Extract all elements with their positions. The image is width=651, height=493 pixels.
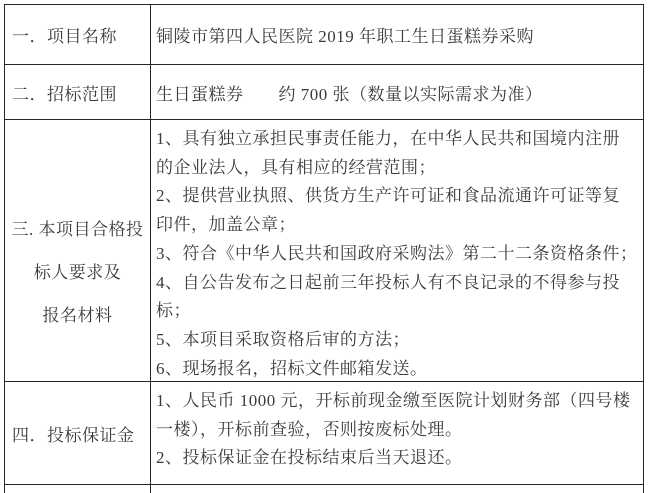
table-row-truncated xyxy=(5,485,643,493)
row-content-bid-deposit: 1、人民币 1000 元，开标前现金缴至医院计划财务部（四号楼 一楼），开标前查… xyxy=(151,382,643,484)
procurement-notice-table: 一．项目名称 铜陵市第四人民医院 2019 年职工生日蛋糕券采购 二．招标范围 … xyxy=(4,4,644,493)
table-row-tender-scope: 二．招标范围 生日蛋糕券 约 700 张（数量以实际需求为准） xyxy=(5,65,643,120)
row-label-truncated xyxy=(5,485,151,493)
row-content-bidder-requirements: 1、具有独立承担民事责任能力，在中华人民共和国境内注册 的企业法人，具有相应的经… xyxy=(151,120,643,381)
table-row-project-name: 一．项目名称 铜陵市第四人民医院 2019 年职工生日蛋糕券采购 xyxy=(5,5,643,65)
row-content-project-name: 铜陵市第四人民医院 2019 年职工生日蛋糕券采购 xyxy=(151,5,643,64)
row-content-tender-scope: 生日蛋糕券 约 700 张（数量以实际需求为准） xyxy=(151,65,643,119)
table-row-bid-deposit: 四．投标保证金 1、人民币 1000 元，开标前现金缴至医院计划财务部（四号楼 … xyxy=(5,382,643,485)
table-row-bidder-requirements: 三. 本项目合格投 标人要求及 报名材料 1、具有独立承担民事责任能力，在中华人… xyxy=(5,120,643,382)
row-content-truncated xyxy=(151,485,643,493)
row-label-bidder-requirements: 三. 本项目合格投 标人要求及 报名材料 xyxy=(5,120,151,381)
row-label-project-name: 一．项目名称 xyxy=(5,5,151,64)
row-label-bid-deposit: 四．投标保证金 xyxy=(5,382,151,484)
row-label-tender-scope: 二．招标范围 xyxy=(5,65,151,119)
